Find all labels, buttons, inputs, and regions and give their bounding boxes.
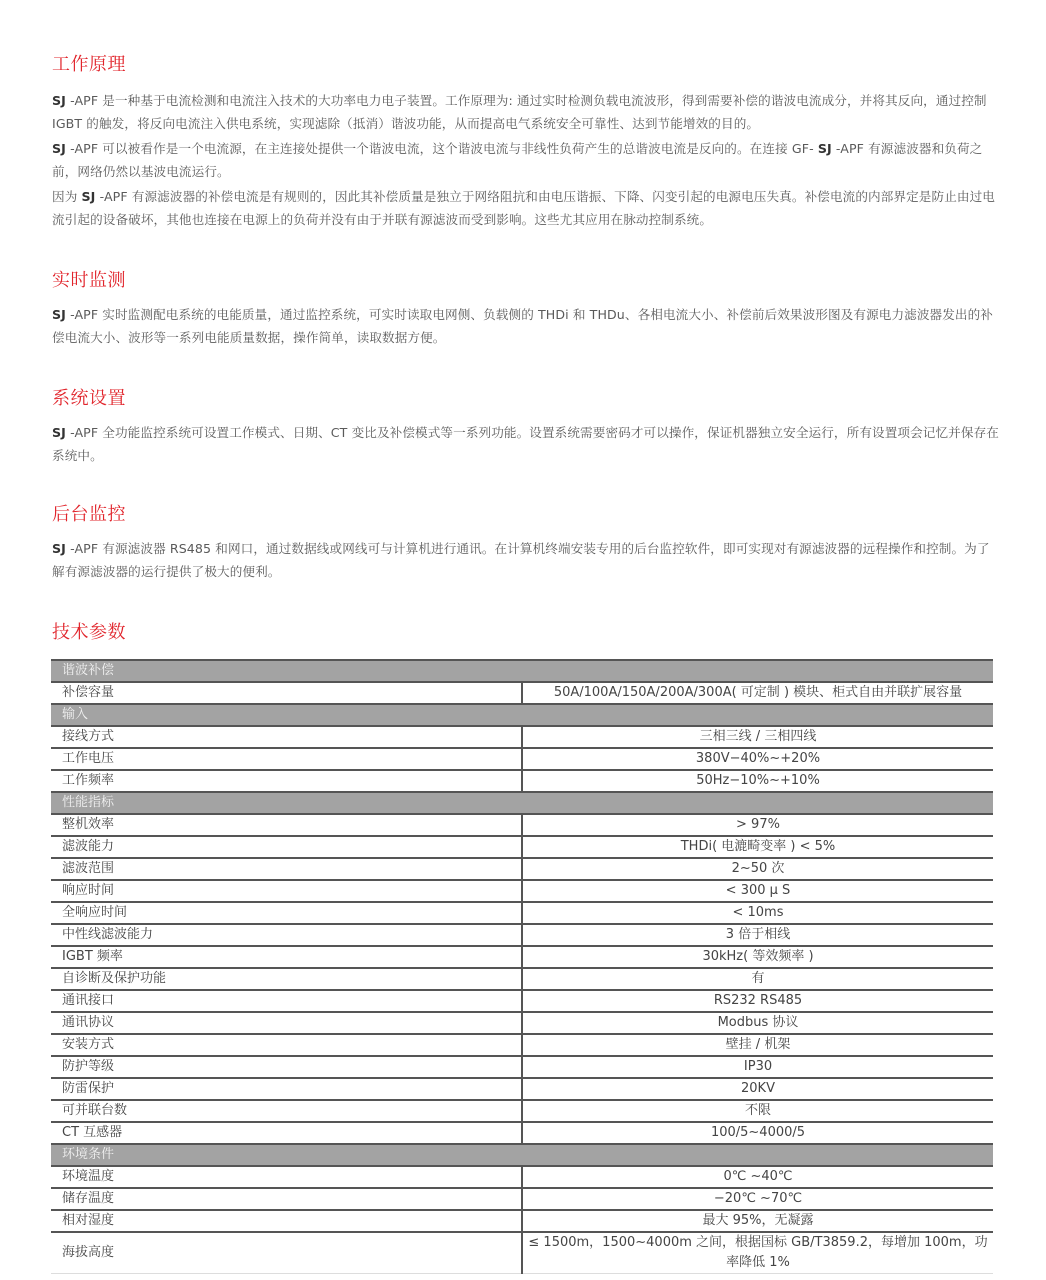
spec-row: 整机效率> 97% [51,814,993,836]
spec-value: 壁挂 / 机架 [522,1034,993,1056]
spec-row: 防雷保护20KV [51,1078,993,1100]
spec-row: 安装方式壁挂 / 机架 [51,1034,993,1056]
spec-value: 不限 [522,1100,993,1122]
spec-value: 20KV [522,1078,993,1100]
spec-value: 有 [522,968,993,990]
spec-value: Modbus 协议 [522,1012,993,1034]
spec-row: CT 互感器100/5~4000/5 [51,1122,993,1144]
section-title-tech-specs: 技术参数 [52,618,126,644]
spec-row: 滤波能力THDi( 电漉畸变率 ) < 5% [51,836,993,858]
spec-row: 储存温度−20℃ ~70℃ [51,1188,993,1210]
spec-key: 可并联台数 [51,1100,522,1122]
spec-value: 最大 95%，无凝露 [522,1210,993,1232]
spec-key: 环境温度 [51,1166,522,1188]
group-label: 输入 [51,704,993,726]
spec-key: 防雷保护 [51,1078,522,1100]
spec-row: 自诊断及保护功能有 [51,968,993,990]
spec-value: 三相三线 / 三相四线 [522,726,993,748]
spec-key: 工作电压 [51,748,522,770]
spec-key: CT 互感器 [51,1122,522,1144]
spec-value: RS232 RS485 [522,990,993,1012]
spec-row: 接线方式三相三线 / 三相四线 [51,726,993,748]
spec-row: 工作电压380V−40%~+20% [51,748,993,770]
spec-row: 补偿容量50A/100A/150A/200A/300A( 可定制 ) 模块、柜式… [51,682,993,704]
spec-row: 全响应时间< 10ms [51,902,993,924]
spec-row: 通讯协议Modbus 协议 [51,1012,993,1034]
paragraph-working-principle-1: SJ -APF 是一种基于电流检测和电流注入技术的大功率电力电子装置。工作原理为… [52,89,1002,135]
spec-value: 100/5~4000/5 [522,1122,993,1144]
spec-row: 工作频率50Hz−10%~+10% [51,770,993,792]
section-title-system-settings: 系统设置 [52,384,126,410]
spec-value: 380V−40%~+20% [522,748,993,770]
paragraph-backend-monitoring: SJ -APF 有源滤波器 RS485 和网口，通过数据线或网线可与计算机进行通… [52,537,1002,583]
spec-value: 2~50 次 [522,858,993,880]
spec-row: 中性线滤波能力3 倍于相线 [51,924,993,946]
spec-key: 全响应时间 [51,902,522,924]
spec-row: 相对湿度最大 95%，无凝露 [51,1210,993,1232]
spec-key: 通讯协议 [51,1012,522,1034]
section-title-working-principle: 工作原理 [52,50,126,76]
spec-row: 环境温度0℃ ~40℃ [51,1166,993,1188]
spec-key: IGBT 频率 [51,946,522,968]
spec-value: 0℃ ~40℃ [522,1166,993,1188]
spec-key: 滤波范围 [51,858,522,880]
spec-value: < 10ms [522,902,993,924]
spec-table: 谐波补偿 补偿容量50A/100A/150A/200A/300A( 可定制 ) … [51,659,993,1274]
spec-row: IGBT 频率30kHz( 等效频率 ) [51,946,993,968]
spec-key: 储存温度 [51,1188,522,1210]
spec-key: 通讯接口 [51,990,522,1012]
spec-key: 自诊断及保护功能 [51,968,522,990]
spec-value: < 300 μ S [522,880,993,902]
spec-value: −20℃ ~70℃ [522,1188,993,1210]
spec-row: 可并联台数不限 [51,1100,993,1122]
group-label: 谐波补偿 [51,660,993,682]
spec-value: THDi( 电漉畸变率 ) < 5% [522,836,993,858]
spec-row: 滤波范围2~50 次 [51,858,993,880]
spec-key: 接线方式 [51,726,522,748]
spec-key: 安装方式 [51,1034,522,1056]
spec-key: 防护等级 [51,1056,522,1078]
spec-key: 补偿容量 [51,682,522,704]
spec-key: 响应时间 [51,880,522,902]
spec-group-header: 性能指标 [51,792,993,814]
spec-row: 防护等级IP30 [51,1056,993,1078]
spec-value: > 97% [522,814,993,836]
spec-value: 3 倍于相线 [522,924,993,946]
spec-key: 整机效率 [51,814,522,836]
spec-value: 50A/100A/150A/200A/300A( 可定制 ) 模块、柜式自由并联… [522,682,993,704]
spec-row: 通讯接口RS232 RS485 [51,990,993,1012]
paragraph-realtime-monitoring: SJ -APF 实时监测配电系统的电能质量，通过监控系统，可实时读取电网侧、负载… [52,303,1002,349]
spec-row: 响应时间< 300 μ S [51,880,993,902]
paragraph-working-principle-2: SJ -APF 可以被看作是一个电流源，在主连接处提供一个谐波电流，这个谐波电流… [52,137,1002,183]
spec-value: 30kHz( 等效频率 ) [522,946,993,968]
section-title-backend-monitoring: 后台监控 [52,500,126,526]
section-title-realtime-monitoring: 实时监测 [52,266,126,292]
spec-value: IP30 [522,1056,993,1078]
paragraph-working-principle-3: 因为 SJ -APF 有源滤波器的补偿电流是有规则的，因此其补偿质量是独立于网络… [52,185,1002,231]
spec-group-header: 输入 [51,704,993,726]
spec-key: 海拔高度 [51,1232,522,1274]
group-label: 性能指标 [51,792,993,814]
spec-group-header: 环境条件 [51,1144,993,1166]
spec-key: 工作频率 [51,770,522,792]
spec-key: 滤波能力 [51,836,522,858]
spec-value: ≤ 1500m，1500~4000m 之间，根据国标 GB/T3859.2，每增… [522,1232,993,1274]
paragraph-system-settings: SJ -APF 全功能监控系统可设置工作模式、日期、CT 变比及补偿模式等一系列… [52,421,1002,467]
spec-key: 相对湿度 [51,1210,522,1232]
spec-key: 中性线滤波能力 [51,924,522,946]
group-label: 环境条件 [51,1144,993,1166]
spec-row: 海拔高度≤ 1500m，1500~4000m 之间，根据国标 GB/T3859.… [51,1232,993,1274]
spec-group-header: 谐波补偿 [51,660,993,682]
spec-value: 50Hz−10%~+10% [522,770,993,792]
